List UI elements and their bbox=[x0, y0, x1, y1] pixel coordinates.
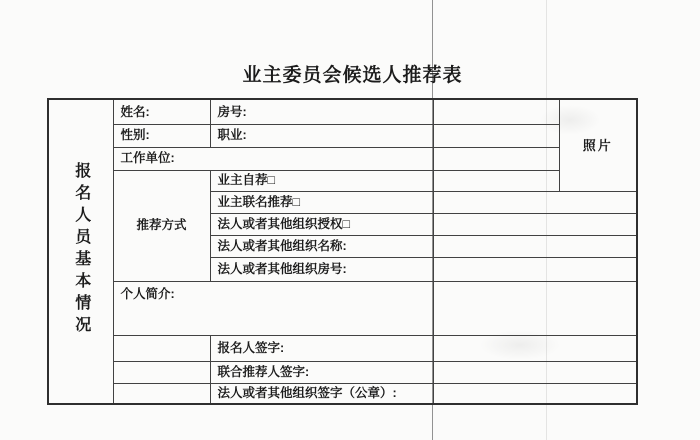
blank-value-cell bbox=[433, 147, 559, 170]
blank-value-cell bbox=[433, 235, 637, 257]
occupation-label-cell: 职业: bbox=[210, 124, 433, 147]
photo-box: 照片 bbox=[559, 99, 637, 191]
form-title: 业主委员会候选人推荐表 bbox=[55, 60, 650, 87]
candidate-recommendation-form: 报名人员基本情况 姓名: 房号: 照片 性别: 职业: 工作单位: 推荐方式 业… bbox=[47, 98, 638, 405]
scanned-document-page: 业主委员会候选人推荐表 报名人员基本情况 姓名: 房号: 照片 性别: 职业: … bbox=[0, 0, 700, 440]
option-org-authorize-cell: 法人或者其他组织授权□ bbox=[210, 213, 433, 235]
blank-value-cell bbox=[433, 170, 559, 191]
gender-label-cell: 性别: bbox=[113, 124, 210, 147]
profile-label-cell: 个人简介: bbox=[113, 281, 433, 335]
blank-value-cell bbox=[433, 191, 637, 213]
blank-value-cell bbox=[433, 335, 637, 361]
recommendation-method-label-cell: 推荐方式 bbox=[113, 170, 210, 281]
blank-value-cell bbox=[433, 361, 637, 383]
blank-value-cell bbox=[433, 281, 637, 335]
option-self-recommend-cell: 业主自荐□ bbox=[210, 170, 433, 191]
room-no-label-cell: 房号: bbox=[210, 99, 433, 124]
name-label-cell: 姓名: bbox=[113, 99, 210, 124]
org-room-no-label-cell: 法人或者其他组织房号: bbox=[210, 257, 433, 281]
joint-recommender-signature-cell: 联合推荐人签字: bbox=[210, 361, 433, 383]
blank-value-cell bbox=[433, 213, 637, 235]
org-name-label-cell: 法人或者其他组织名称: bbox=[210, 235, 433, 257]
blank-value-cell bbox=[433, 99, 559, 124]
work-unit-label-cell: 工作单位: bbox=[113, 147, 433, 170]
blank-value-cell bbox=[433, 257, 637, 281]
section-label: 报名人员基本情况 bbox=[73, 162, 89, 338]
org-seal-signature-cell: 法人或者其他组织签字（公章）: bbox=[210, 383, 433, 404]
blank-cell bbox=[113, 361, 210, 383]
blank-cell bbox=[113, 383, 210, 404]
blank-value-cell bbox=[433, 124, 559, 147]
option-joint-recommend-cell: 业主联名推荐□ bbox=[210, 191, 433, 213]
section-header-cell: 报名人员基本情况 bbox=[48, 99, 113, 404]
blank-cell bbox=[113, 335, 210, 361]
applicant-signature-cell: 报名人签字: bbox=[210, 335, 433, 361]
blank-value-cell bbox=[433, 383, 637, 404]
